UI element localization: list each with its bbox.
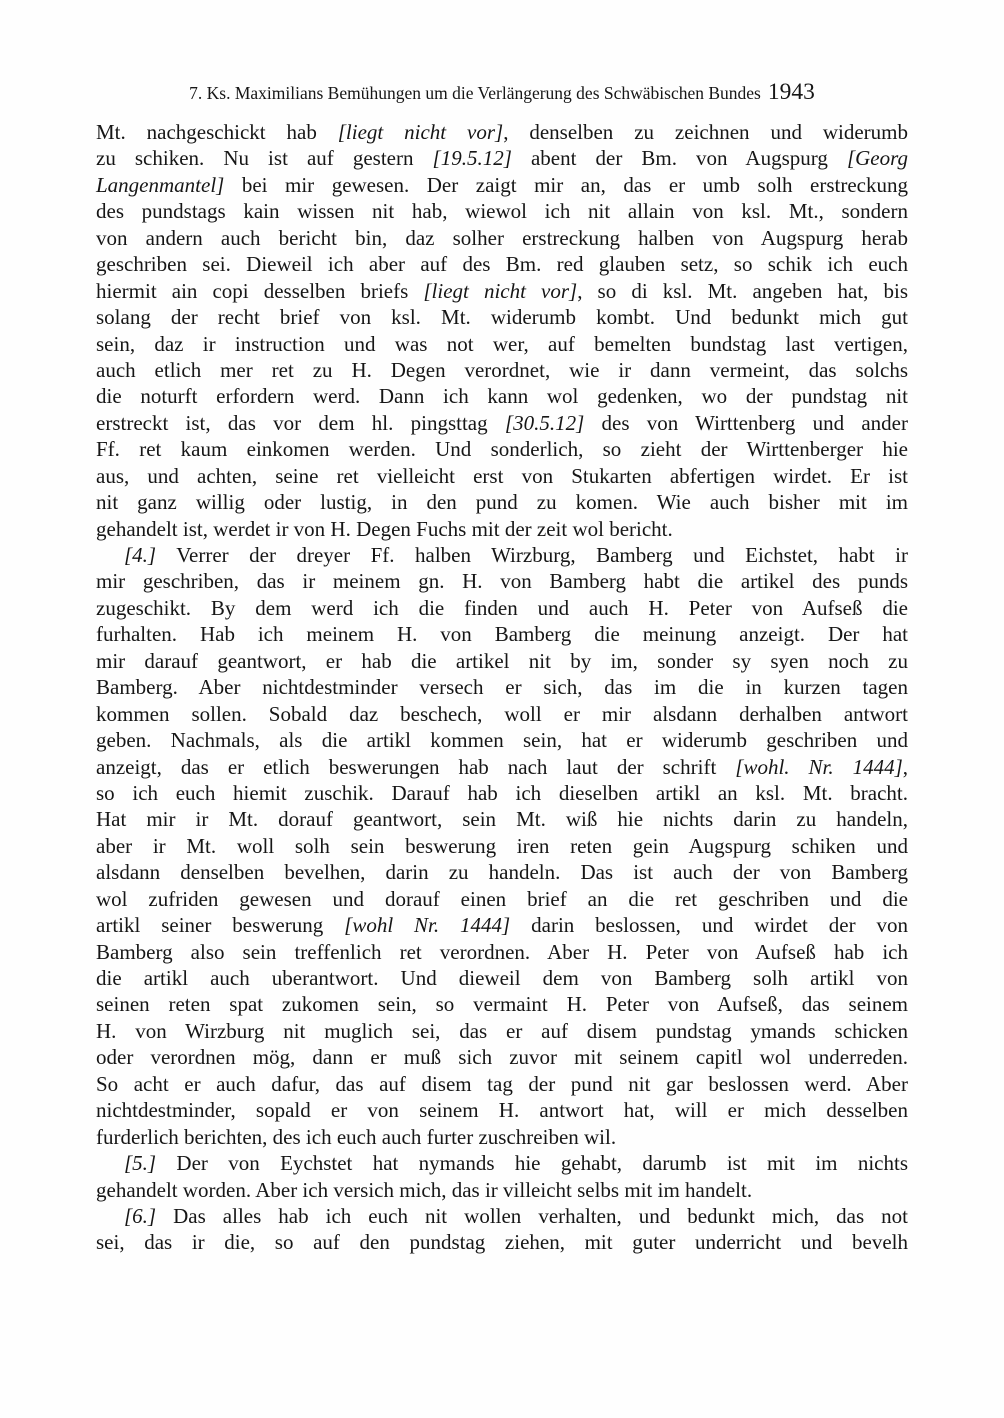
- text-segment: nichtdestminder, sopald er von seinem H.…: [96, 1098, 908, 1122]
- text-segment: wol zufriden gewesen und dorauf einen br…: [96, 887, 908, 911]
- text-segment: die noturft erfordern werd. Dann ich kan…: [96, 384, 908, 408]
- text-segment: sein, daz ir instruction und was not wer…: [96, 332, 908, 356]
- text-segment: So acht er auch dafur, das auf disem tag…: [96, 1072, 908, 1096]
- editorial-note: [liegt nicht vor]: [423, 279, 577, 303]
- text-line: artikl seiner beswerung [wohl Nr. 1444] …: [96, 912, 908, 938]
- text-segment: aus, und achten, seine ret vielleicht er…: [96, 464, 908, 488]
- text-line: des pundstags kain wissen nit hab, wiewo…: [96, 198, 908, 224]
- text-line: wol zufriden gewesen und dorauf einen br…: [96, 886, 908, 912]
- text-segment: hiermit ain copi desselben briefs: [96, 279, 423, 303]
- text-line: Mt. nachgeschickt hab [liegt nicht vor],…: [96, 119, 908, 145]
- text-segment: geschriben sei. Dieweil ich aber auf des…: [96, 252, 908, 276]
- text-segment: die artikl auch uberantwort. Und dieweil…: [96, 966, 908, 990]
- text-segment: des pundstags kain wissen nit hab, wiewo…: [96, 199, 908, 223]
- text-segment: Hat mir ir Mt. dorauf geantwort, sein Mt…: [96, 807, 908, 831]
- text-line: [5.] Der von Eychstet hat nymands hie ge…: [96, 1150, 908, 1176]
- text-line: gehandelt ist, werdet ir von H. Degen Fu…: [96, 516, 908, 542]
- text-line: aus, und achten, seine ret vielleicht er…: [96, 463, 908, 489]
- editorial-note: Langenmantel]: [96, 173, 224, 197]
- editorial-note: [5.]: [124, 1151, 156, 1175]
- text-segment: von andern auch bericht bin, daz solher …: [96, 226, 908, 250]
- text-line: zugeschikt. By dem werd ich die finden u…: [96, 595, 908, 621]
- text-line: [6.] Das alles hab ich euch nit wollen v…: [96, 1203, 908, 1229]
- text-segment: seinen reten spat zukomen sein, so verma…: [96, 992, 908, 1016]
- text-segment: abent der Bm. von Augspurg: [512, 146, 847, 170]
- text-segment: Ff. ret kaum einkomen werden. Und sonder…: [96, 437, 908, 461]
- body-text: Mt. nachgeschickt hab [liegt nicht vor],…: [96, 119, 908, 1256]
- editorial-note: [6.]: [124, 1204, 156, 1228]
- text-line: erstreckt ist, das vor dem hl. pingsttag…: [96, 410, 908, 436]
- editorial-note: [liegt nicht vor]: [338, 120, 503, 144]
- text-line: mir darauf geantwort, er hab die artikel…: [96, 648, 908, 674]
- text-line: zu schiken. Nu ist auf gestern [19.5.12]…: [96, 145, 908, 171]
- text-segment: sei, das ir die, so auf den pundstag zie…: [96, 1230, 908, 1254]
- text-segment: so ich euch hiemit zuschik. Darauf hab i…: [96, 781, 908, 805]
- text-line: geschriben sei. Dieweil ich aber auf des…: [96, 251, 908, 277]
- text-line: seinen reten spat zukomen sein, so verma…: [96, 991, 908, 1017]
- text-segment: kommen sollen. Sobald daz beschech, woll…: [96, 702, 908, 726]
- text-segment: Verrer der dreyer Ff. halben Wirzburg, B…: [156, 543, 908, 567]
- editorial-note: [wohl Nr. 1444]: [344, 913, 510, 937]
- text-line: furderlich berichten, des ich euch auch …: [96, 1124, 908, 1150]
- text-segment: , so di ksl. Mt. angeben hat, bis: [577, 279, 908, 303]
- editorial-note: [19.5.12]: [433, 146, 512, 170]
- text-line: Ff. ret kaum einkomen werden. Und sonder…: [96, 436, 908, 462]
- text-segment: H. von Wirzburg nit muglich sei, das er …: [96, 1019, 908, 1043]
- page-number: 1943: [768, 79, 815, 105]
- text-segment: darin beslossen, und wirdet der von: [510, 913, 908, 937]
- text-segment: artikl seiner beswerung: [96, 913, 344, 937]
- text-line: auch etlich mer ret zu H. Degen verordne…: [96, 357, 908, 383]
- text-line: kommen sollen. Sobald daz beschech, woll…: [96, 701, 908, 727]
- text-line: Langenmantel] bei mir gewesen. Der zaigt…: [96, 172, 908, 198]
- text-line: furhalten. Hab ich meinem H. von Bamberg…: [96, 621, 908, 647]
- text-line: alsdann denselben bevelhen, darin zu han…: [96, 859, 908, 885]
- text-segment: zugeschikt. By dem werd ich die finden u…: [96, 596, 908, 620]
- text-line: H. von Wirzburg nit muglich sei, das er …: [96, 1018, 908, 1044]
- book-page: 7. Ks. Maximilians Bemühungen um die Ver…: [0, 0, 1004, 1418]
- text-line: aber ir Mt. woll solh sein beswerung ire…: [96, 833, 908, 859]
- text-segment: Bamberg also sein treffenlich ret verord…: [96, 940, 908, 964]
- text-line: geben. Nachmals, als die artikl kommen s…: [96, 727, 908, 753]
- text-line: sein, daz ir instruction und was not wer…: [96, 331, 908, 357]
- text-segment: aber ir Mt. woll solh sein beswerung ire…: [96, 834, 908, 858]
- chapter-heading: 7. Ks. Maximilians Bemühungen um die Ver…: [189, 83, 761, 103]
- text-line: So acht er auch dafur, das auf disem tag…: [96, 1071, 908, 1097]
- text-segment: gehandelt worden. Aber ich versich mich,…: [96, 1178, 752, 1202]
- text-segment: Mt. nachgeschickt hab: [96, 120, 338, 144]
- text-segment: des von Wirttenberg und ander: [584, 411, 908, 435]
- text-segment: furhalten. Hab ich meinem H. von Bamberg…: [96, 622, 908, 646]
- text-line: die noturft erfordern werd. Dann ich kan…: [96, 383, 908, 409]
- text-segment: zu schiken. Nu ist auf gestern: [96, 146, 433, 170]
- text-line: gehandelt worden. Aber ich versich mich,…: [96, 1177, 908, 1203]
- editorial-note: [4.]: [124, 543, 156, 567]
- text-line: sei, das ir die, so auf den pundstag zie…: [96, 1229, 908, 1255]
- text-segment: ,: [903, 755, 908, 779]
- text-segment: , denselben zu zeichnen und widerumb: [503, 120, 908, 144]
- text-line: Bamberg also sein treffenlich ret verord…: [96, 939, 908, 965]
- text-segment: geben. Nachmals, als die artikl kommen s…: [96, 728, 908, 752]
- text-segment: auch etlich mer ret zu H. Degen verordne…: [96, 358, 908, 382]
- text-line: oder verordnen mög, dann er muß sich zuv…: [96, 1044, 908, 1070]
- text-segment: mir darauf geantwort, er hab die artikel…: [96, 649, 908, 673]
- text-segment: anzeigt, das er etlich beswerungen hab n…: [96, 755, 735, 779]
- text-line: [4.] Verrer der dreyer Ff. halben Wirzbu…: [96, 542, 908, 568]
- text-line: Bamberg. Aber nichtdestminder versech er…: [96, 674, 908, 700]
- editorial-note: [30.5.12]: [505, 411, 584, 435]
- text-segment: oder verordnen mög, dann er muß sich zuv…: [96, 1045, 908, 1069]
- text-segment: alsdann denselben bevelhen, darin zu han…: [96, 860, 908, 884]
- text-line: anzeigt, das er etlich beswerungen hab n…: [96, 754, 908, 780]
- text-line: nit ganz willig oder lustig, in den pund…: [96, 489, 908, 515]
- text-segment: furderlich berichten, des ich euch auch …: [96, 1125, 616, 1149]
- text-line: nichtdestminder, sopald er von seinem H.…: [96, 1097, 908, 1123]
- text-segment: mir geschriben, das ir meinem gn. H. von…: [96, 569, 908, 593]
- text-segment: solang der recht brief von ksl. Mt. wide…: [96, 305, 908, 329]
- text-line: so ich euch hiemit zuschik. Darauf hab i…: [96, 780, 908, 806]
- text-segment: nit ganz willig oder lustig, in den pund…: [96, 490, 908, 514]
- text-line: mir geschriben, das ir meinem gn. H. von…: [96, 568, 908, 594]
- text-line: solang der recht brief von ksl. Mt. wide…: [96, 304, 908, 330]
- text-line: von andern auch bericht bin, daz solher …: [96, 225, 908, 251]
- text-segment: Das alles hab ich euch nit wollen verhal…: [156, 1204, 908, 1228]
- text-segment: erstreckt ist, das vor dem hl. pingsttag: [96, 411, 505, 435]
- text-line: hiermit ain copi desselben briefs [liegt…: [96, 278, 908, 304]
- text-segment: bei mir gewesen. Der zaigt mir an, das e…: [224, 173, 908, 197]
- text-line: Hat mir ir Mt. dorauf geantwort, sein Mt…: [96, 806, 908, 832]
- running-head: 7. Ks. Maximilians Bemühungen um die Ver…: [96, 80, 908, 105]
- text-line: die artikl auch uberantwort. Und dieweil…: [96, 965, 908, 991]
- editorial-note: [Georg: [847, 146, 908, 170]
- editorial-note: [wohl. Nr. 1444]: [735, 755, 902, 779]
- text-segment: gehandelt ist, werdet ir von H. Degen Fu…: [96, 517, 673, 541]
- text-segment: Der von Eychstet hat nymands hie gehabt,…: [156, 1151, 908, 1175]
- text-segment: Bamberg. Aber nichtdestminder versech er…: [96, 675, 908, 699]
